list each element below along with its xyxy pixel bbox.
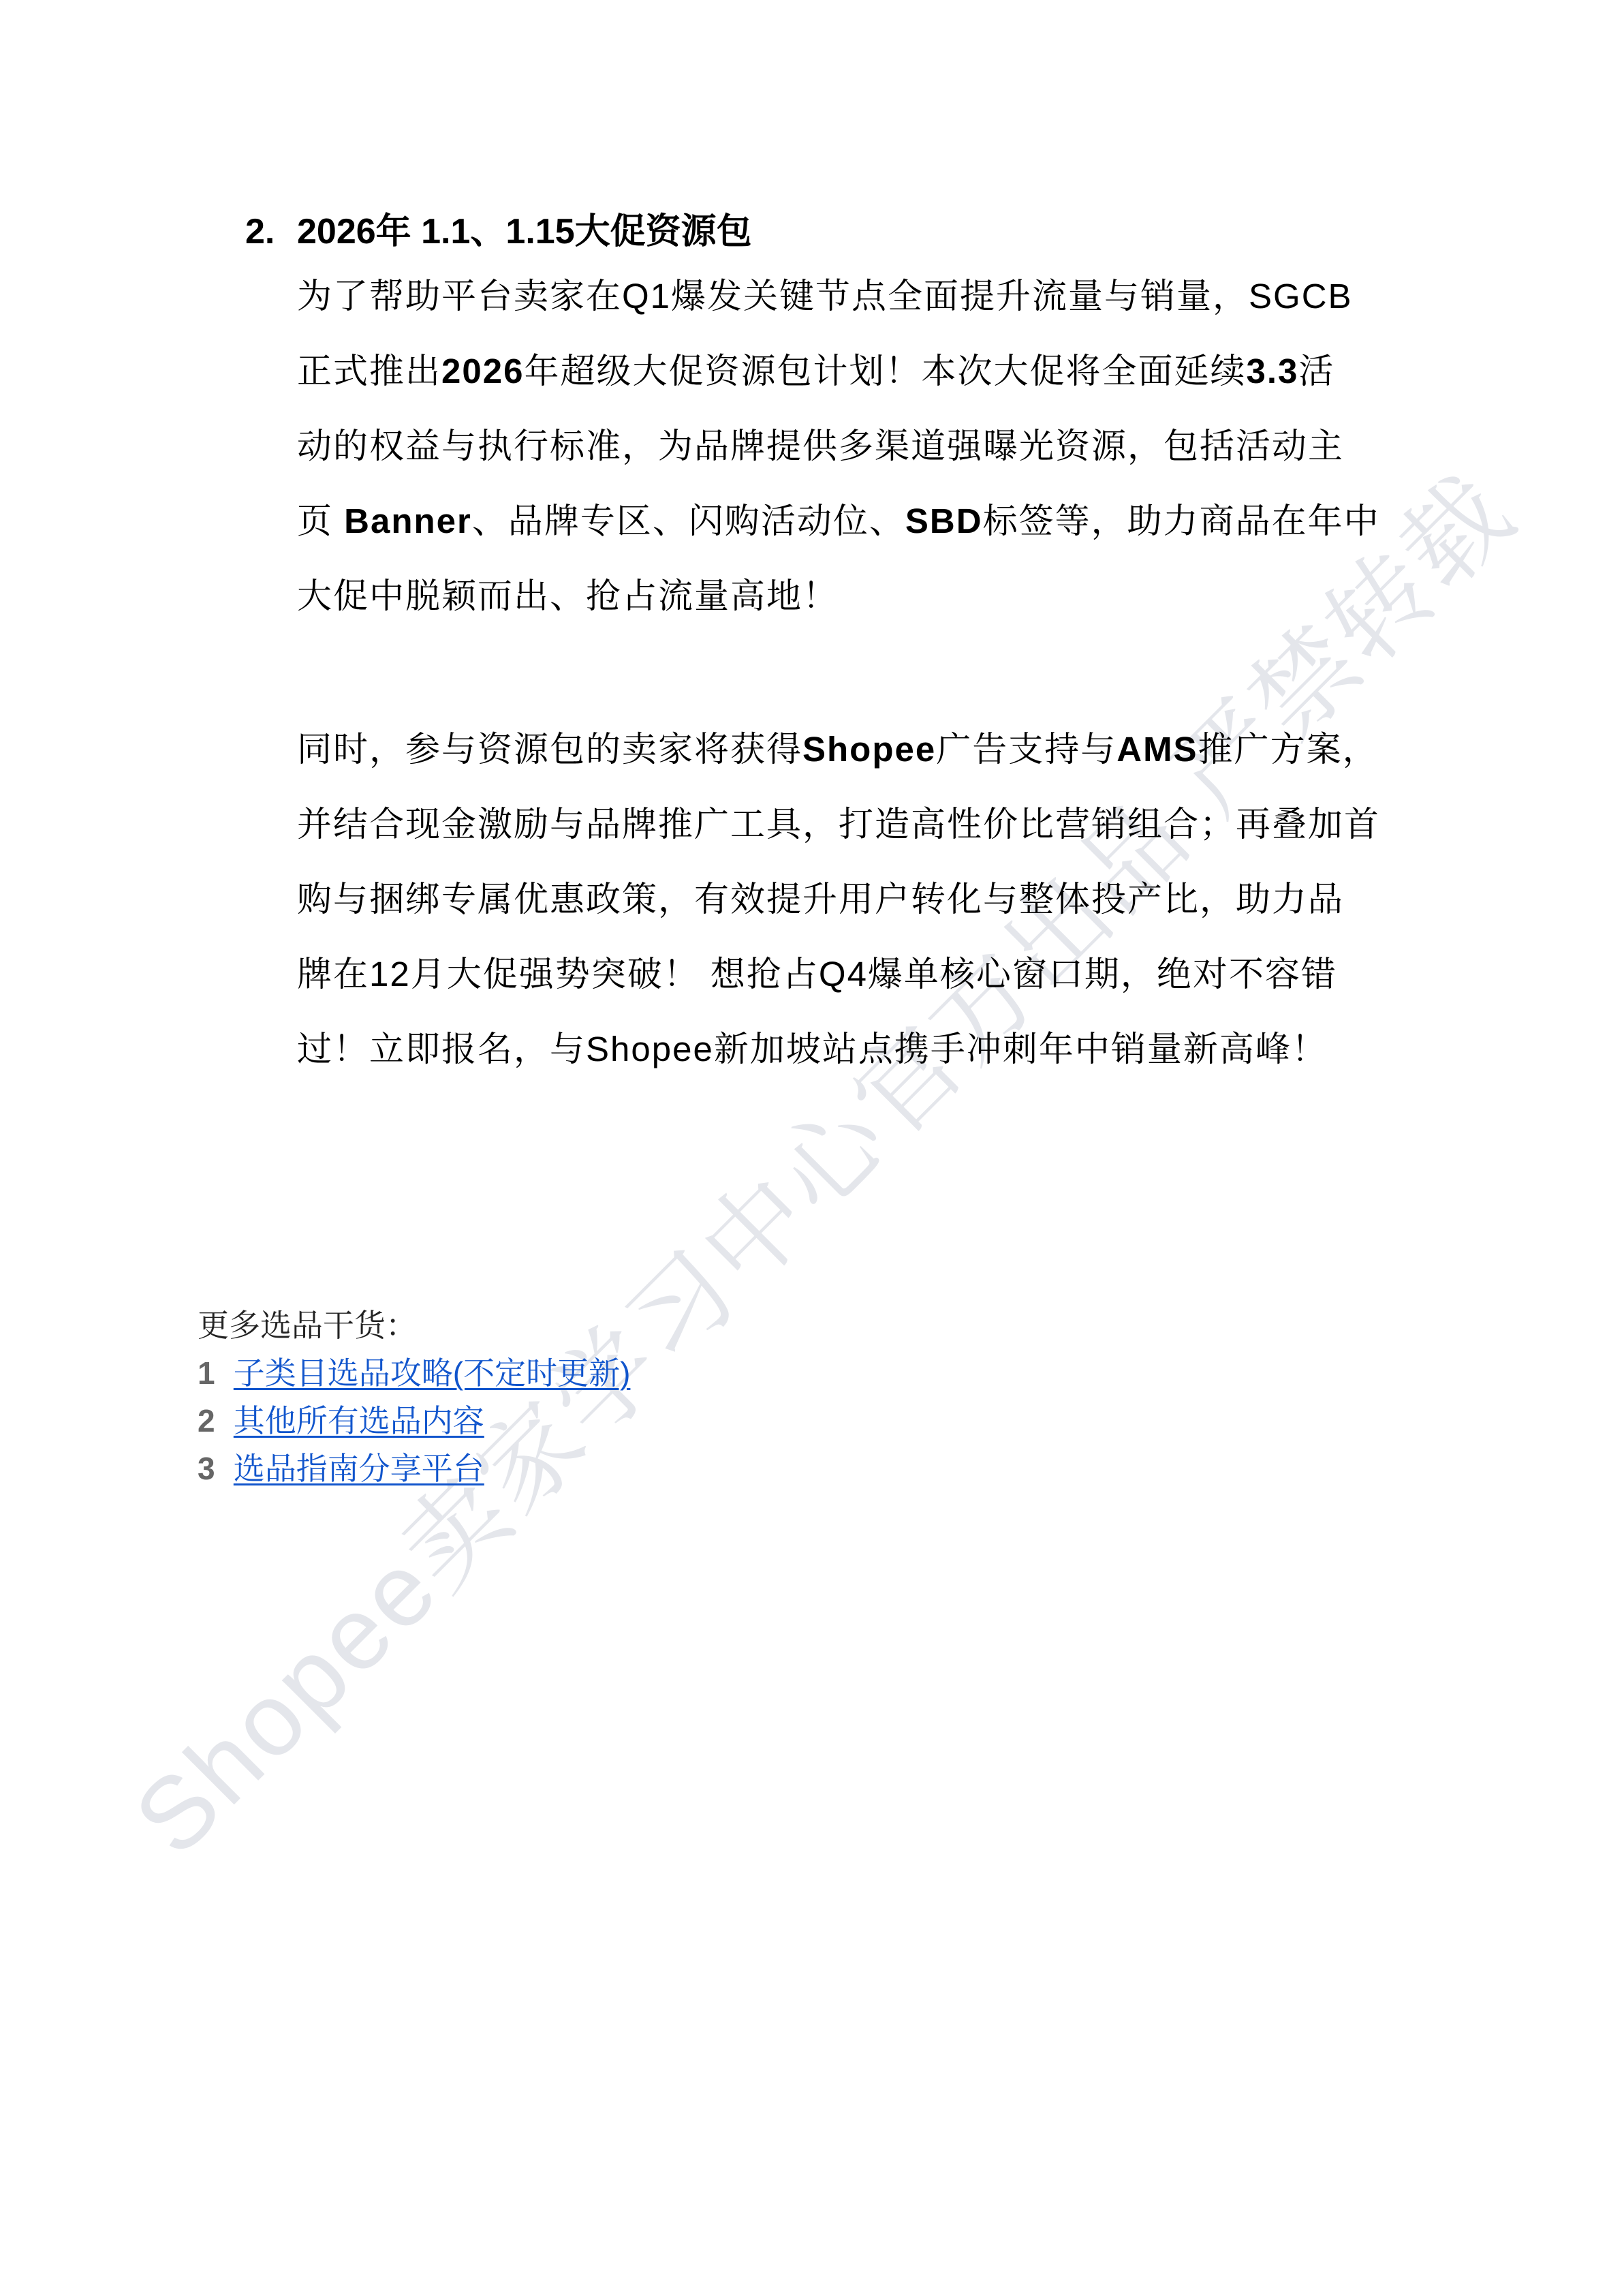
paragraph-line: 动的权益与执行标准，为品牌提供多渠道强曝光资源，包括活动主 (297, 409, 1455, 484)
text-run: 并结合现金激励与品牌推广工具，打造高性价比营销组合；再叠加首 (297, 805, 1380, 844)
paragraph-line: 购与捆绑专属优惠政策，有效提升用户转化与整体投产比，助力品 (297, 862, 1455, 937)
text-run: 活 (1298, 352, 1334, 390)
text-run: 购与捆绑专属优惠政策，有效提升用户转化与整体投产比，助力品 (297, 880, 1344, 919)
text-run: 页 (297, 502, 344, 540)
promo-section: 2. 2026年 1.1、1.15大促资源包 为了帮助平台卖家在Q1爆发关键节点… (245, 204, 1471, 1087)
text-run: 年超级大促资源包计划！本次大促将全面延续 (524, 352, 1246, 390)
text-run: 过！立即报名，与Shopee新加坡站点携手冲刺年中销量新高峰！ (297, 1030, 1328, 1068)
bold-run: Shopee (802, 730, 936, 769)
section-number: 2. (245, 204, 297, 259)
more-resources-label: 更多选品干货： (198, 1301, 630, 1349)
text-run: 动的权益与执行标准，为品牌提供多渠道强曝光资源，包括活动主 (297, 427, 1344, 465)
link-all-selection-content[interactable]: 其他所有选品内容 (234, 1403, 484, 1438)
paragraph-line: 过！立即报名，与Shopee新加坡站点携手冲刺年中销量新高峰！ (297, 1012, 1455, 1087)
paragraph-line: 为了帮助平台卖家在Q1爆发关键节点全面提升流量与销量，SGCB (297, 259, 1455, 334)
bold-run: 2026 (441, 352, 524, 390)
document-page: Shopee卖家学习中心官方出品 严禁转载 2. 2026年 1.1、1.15大… (0, 0, 1624, 2295)
paragraph-line: 牌在12月大促强势突破！ 想抢占Q4爆单核心窗口期，绝对不容错 (297, 937, 1455, 1012)
text-run: 正式推出 (297, 352, 441, 390)
link-index: 2 (198, 1397, 225, 1445)
paragraph-line: 同时，参与资源包的卖家将获得Shopee广告支持与AMS推广方案， (297, 712, 1455, 787)
text-run: 标签等，助力商品在年中 (983, 502, 1380, 540)
paragraph-line: 正式推出2026年超级大促资源包计划！本次大促将全面延续3.3活 (297, 334, 1455, 409)
bold-run: 3.3 (1247, 352, 1299, 390)
link-index: 3 (198, 1445, 225, 1492)
more-resources: 更多选品干货： 1 子类目选品攻略(不定时更新) 2 其他所有选品内容 3 选品… (198, 1301, 630, 1492)
paragraph-line: 大促中脱颖而出、抢占流量高地！ (297, 559, 1455, 634)
paragraph-line: 页 Banner、品牌专区、闪购活动位、SBD标签等，助力商品在年中 (297, 484, 1455, 559)
link-selection-guide-platform[interactable]: 选品指南分享平台 (234, 1451, 484, 1486)
text-run: 为了帮助平台卖家在Q1爆发关键节点全面提升流量与销量，SGCB (297, 277, 1353, 315)
text-run: 大促中脱颖而出、抢占流量高地！ (297, 576, 839, 615)
text-run: 广告支持与 (936, 730, 1116, 769)
bold-run: Banner (344, 502, 472, 540)
text-run: 牌在12月大促强势突破！ 想抢占Q4爆单核心窗口期，绝对不容错 (297, 955, 1337, 994)
section-title: 2026年 1.1、1.15大促资源包 (297, 204, 752, 259)
link-subcategory-guide[interactable]: 子类目选品攻略(不定时更新) (234, 1355, 631, 1391)
section-heading: 2. 2026年 1.1、1.15大促资源包 (245, 204, 1471, 259)
link-index: 1 (198, 1349, 225, 1397)
resource-link-item: 3 选品指南分享平台 (198, 1445, 630, 1492)
paragraph-benefits: 同时，参与资源包的卖家将获得Shopee广告支持与AMS推广方案，并结合现金激励… (297, 712, 1455, 1087)
bold-run: SBD (905, 502, 983, 540)
text-run: 同时，参与资源包的卖家将获得 (297, 730, 802, 769)
text-run: 、品牌专区、闪购活动位、 (472, 502, 905, 540)
text-run: 推广方案， (1198, 730, 1379, 769)
bold-run: AMS (1116, 730, 1198, 769)
paragraph-intro: 为了帮助平台卖家在Q1爆发关键节点全面提升流量与销量，SGCB正式推出2026年… (297, 259, 1455, 634)
paragraph-line: 并结合现金激励与品牌推广工具，打造高性价比营销组合；再叠加首 (297, 787, 1455, 862)
resource-link-item: 1 子类目选品攻略(不定时更新) (198, 1349, 630, 1397)
resource-link-item: 2 其他所有选品内容 (198, 1397, 630, 1445)
